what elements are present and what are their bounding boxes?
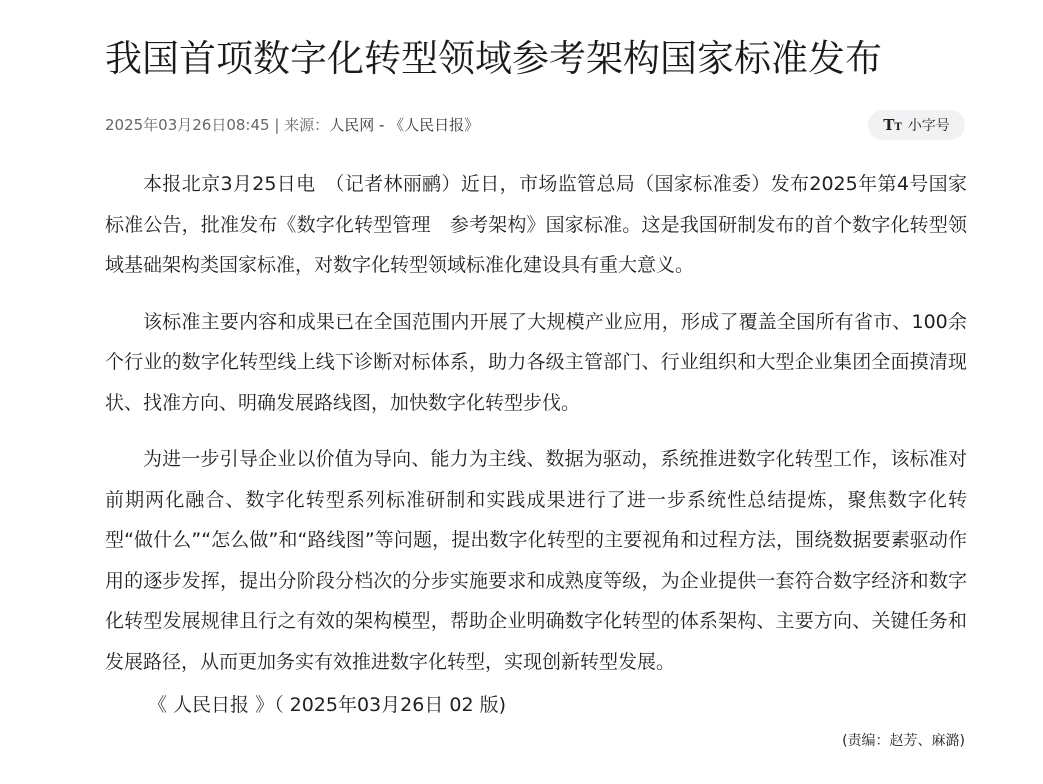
paragraph-3: 为进一步引导企业以价值为导向、能力为主线、数据为驱动，系统推进数字化转型工作，该… bbox=[105, 439, 967, 682]
editor-credit: (责编：赵芳、麻潞) bbox=[842, 730, 965, 752]
article-page: 我国首项数字化转型领域参考架构国家标准发布 2025年03月26日08:45 |… bbox=[0, 0, 1043, 784]
article-title: 我国首项数字化转型领域参考架构国家标准发布 bbox=[105, 34, 1005, 84]
text-size-icon: TT bbox=[883, 116, 902, 134]
meta-separator: | bbox=[270, 116, 285, 134]
publish-datetime: 2025年03月26日08:45 bbox=[105, 116, 270, 134]
publication-line: 《 人民日报 》（ 2025年03月26日 02 版) bbox=[148, 690, 506, 720]
source-label: 来源： bbox=[284, 116, 329, 134]
paragraph-2: 该标准主要内容和成果已在全国范围内开展了大规模产业应用，形成了覆盖全国所有省市、… bbox=[105, 302, 967, 424]
paragraph-1: 本报北京3月25日电 （记者林丽鹂）近日，市场监管总局（国家标准委）发布2025… bbox=[105, 164, 967, 286]
source-link[interactable]: 人民网 - 《人民日报》 bbox=[329, 116, 479, 134]
article-body: 本报北京3月25日电 （记者林丽鹂）近日，市场监管总局（国家标准委）发布2025… bbox=[105, 164, 967, 698]
font-size-toggle-button[interactable]: TT 小字号 bbox=[868, 110, 965, 140]
font-size-label: 小字号 bbox=[908, 115, 950, 135]
article-meta: 2025年03月26日08:45 | 来源：人民网 - 《人民日报》 bbox=[105, 114, 479, 136]
